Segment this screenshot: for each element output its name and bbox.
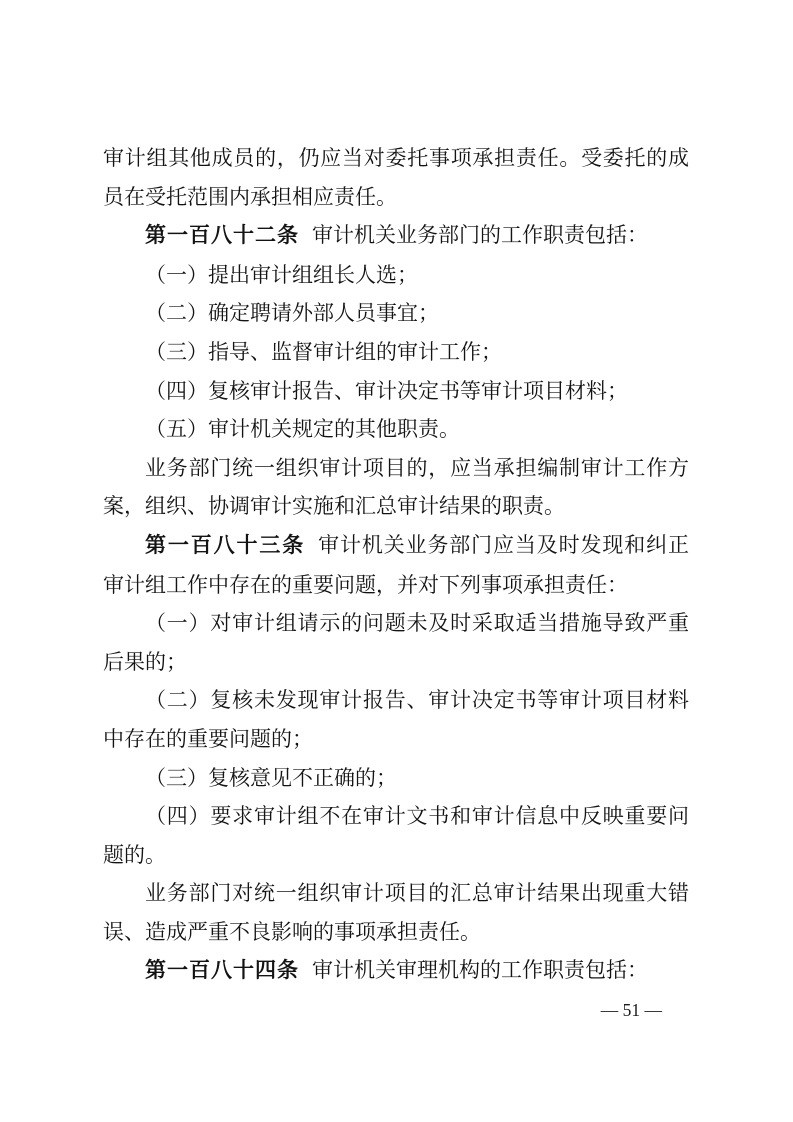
article-184-text: 审计机关审理机构的工作职责包括：: [312, 958, 648, 982]
article-182-text: 审计机关业务部门的工作职责包括：: [312, 223, 648, 247]
article-183-item-2: （二）复核未发现审计报告、审计决定书等审计项目材料中存在的重要问题的；: [103, 681, 689, 758]
page-footer: — 51 —: [0, 999, 662, 1021]
article-182-item-4: （四）复核审计报告、审计决定书等审计项目材料；: [103, 372, 689, 411]
article-182-item-5: （五）审计机关规定的其他职责。: [103, 410, 689, 449]
article-182-closing-paragraph: 业务部门统一组织审计项目的，应当承担编制审计工作方案，组织、协调审计实施和汇总审…: [103, 449, 689, 526]
article-183-item-3: （三）复核意见不正确的；: [103, 759, 689, 798]
document-body: 审计组其他成员的，仍应当对委托事项承担责任。受委托的成员在受托范围内承担相应责任…: [103, 139, 689, 991]
article-183-number: 第一百八十三条: [145, 534, 305, 557]
article-183-paragraph: 第一百八十三条审计机关业务部门应当及时发现和纠正审计组工作中存在的重要问题，并对…: [103, 526, 689, 604]
article-182-item-3: （三）指导、监督审计组的审计工作；: [103, 333, 689, 372]
article-183-closing-paragraph: 业务部门对统一组织审计项目的汇总审计结果出现重大错误、造成严重不良影响的事项承担…: [103, 874, 689, 951]
document-page: 审计组其他成员的，仍应当对委托事项承担责任。受委托的成员在受托范围内承担相应责任…: [0, 0, 793, 1122]
article-183-item-4: （四）要求审计组不在审计文书和审计信息中反映重要问题的。: [103, 797, 689, 874]
paragraph-continuation: 审计组其他成员的，仍应当对委托事项承担责任。受委托的成员在受托范围内承担相应责任…: [103, 139, 689, 216]
page-number: — 51 —: [601, 1000, 662, 1020]
article-184-paragraph: 第一百八十四条审计机关审理机构的工作职责包括：: [103, 951, 689, 991]
article-182-number: 第一百八十二条: [145, 224, 299, 247]
article-183-item-1: （一）对审计组请示的问题未及时采取适当措施导致严重后果的；: [103, 604, 689, 681]
article-182-paragraph: 第一百八十二条审计机关业务部门的工作职责包括：: [103, 216, 689, 256]
article-184-number: 第一百八十四条: [145, 959, 299, 982]
article-182-item-2: （二）确定聘请外部人员事宜；: [103, 294, 689, 333]
article-182-item-1: （一）提出审计组组长人选；: [103, 256, 689, 295]
